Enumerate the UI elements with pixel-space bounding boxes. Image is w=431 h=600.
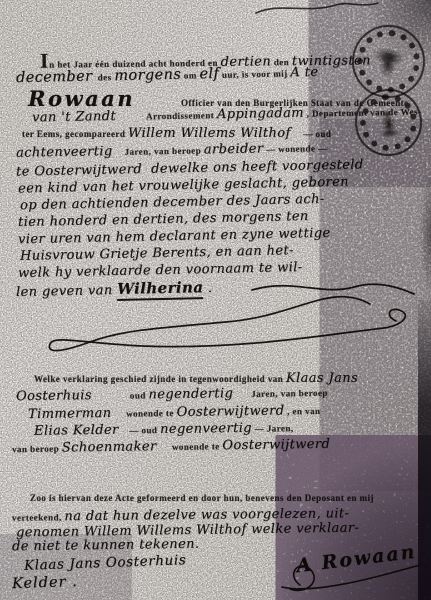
scanned-birth-act-page: In het Jaar één duizend acht honderd en … [0, 0, 431, 600]
scan-noise-overlay [0, 0, 431, 600]
